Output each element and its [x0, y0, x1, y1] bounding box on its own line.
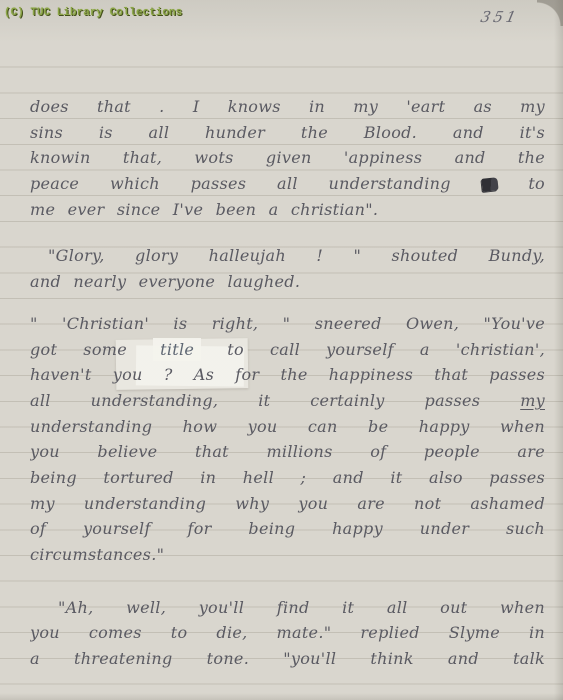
text-segment: " 'Christian' is right, " sneered Owen, … [30, 314, 545, 333]
text-segment: being tortured in hell ; and it also pas… [30, 468, 545, 487]
paragraph: " 'Christian' is right, " sneered Owen, … [30, 311, 545, 568]
manuscript-line: "Ah, well, you'll find it all out when [30, 595, 545, 621]
text-segment: knowin that, wots given 'appiness and th… [30, 148, 545, 167]
manuscript-line: does that . I knows in my 'eart as my [30, 94, 545, 120]
text-segment: to call yourself a 'christian', [227, 340, 545, 359]
manuscript-line: you believe that millions of people are [30, 439, 545, 465]
text-segment: of yourself for being happy under such [30, 519, 545, 538]
paragraph: does that . I knows in my 'eart as mysin… [30, 94, 545, 222]
page-number: 351 [479, 8, 520, 26]
text-segment: a threatening tone. "you'll think and ta… [30, 649, 545, 668]
text-segment: and nearly everyone laughed. [30, 272, 300, 291]
correction-patch-word: title [153, 338, 201, 361]
text-segment: "Ah, well, you'll find it all out when [58, 598, 545, 617]
text-segment: all understanding, it certainly passes [30, 391, 480, 410]
text-segment: you believe that millions of people are [30, 442, 545, 461]
underlined-word: my [520, 391, 545, 410]
manuscript-line: and nearly everyone laughed. [30, 269, 545, 295]
text-segment: me ever since I've been a christian". [30, 200, 378, 219]
text-segment: "Glory, glory halleujah ! " shouted Bund… [48, 246, 545, 265]
text-segment: my understanding why you are not ashamed [30, 494, 545, 513]
ink-blot [481, 177, 498, 192]
manuscript-page-photo: (C) TUC Library Collections 351 does tha… [0, 0, 563, 700]
manuscript-line: being tortured in hell ; and it also pas… [30, 465, 545, 491]
manuscript-line: of yourself for being happy under such [30, 516, 545, 542]
paragraph: "Ah, well, you'll find it all out whenyo… [30, 595, 545, 672]
text-segment: got some [30, 340, 127, 359]
manuscript-line: understanding how you can be happy when [30, 414, 545, 440]
manuscript-line: "Glory, glory halleujah ! " shouted Bund… [30, 243, 545, 269]
text-segment: understanding how you can be happy when [30, 417, 545, 436]
text-segment: peace which passes all understanding [30, 174, 451, 193]
manuscript-line: sins is all hunder the Blood. and it's [30, 120, 545, 146]
text-segment: you comes to die, mate." replied Slyme i… [30, 623, 545, 642]
manuscript-text: does that . I knows in my 'eart as mysin… [30, 94, 545, 672]
copyright-watermark: (C) TUC Library Collections [4, 7, 182, 19]
manuscript-line: " 'Christian' is right, " sneered Owen, … [30, 311, 545, 337]
text-segment: does that . I knows in my 'eart as my [30, 97, 545, 116]
manuscript-line: my understanding why you are not ashamed [30, 491, 545, 517]
text-segment: circumstances." [30, 545, 164, 564]
manuscript-line: me ever since I've been a christian". [30, 197, 545, 223]
manuscript-line: a threatening tone. "you'll think and ta… [30, 646, 545, 672]
manuscript-line: you comes to die, mate." replied Slyme i… [30, 620, 545, 646]
text-segment: sins is all hunder the Blood. and it's [30, 123, 545, 142]
text-segment: to [528, 174, 545, 193]
text-segment: haven't you ? As for the happiness that … [30, 365, 545, 384]
manuscript-line: circumstances." [30, 542, 545, 568]
manuscript-line: peace which passes all understanding to [30, 171, 545, 197]
manuscript-line: got some title to call yourself a 'chris… [30, 337, 545, 363]
manuscript-line: haven't you ? As for the happiness that … [30, 362, 545, 388]
manuscript-line: knowin that, wots given 'appiness and th… [30, 145, 545, 171]
manuscript-line: all understanding, it certainly passes m… [30, 388, 545, 414]
paragraph: "Glory, glory halleujah ! " shouted Bund… [30, 243, 545, 294]
